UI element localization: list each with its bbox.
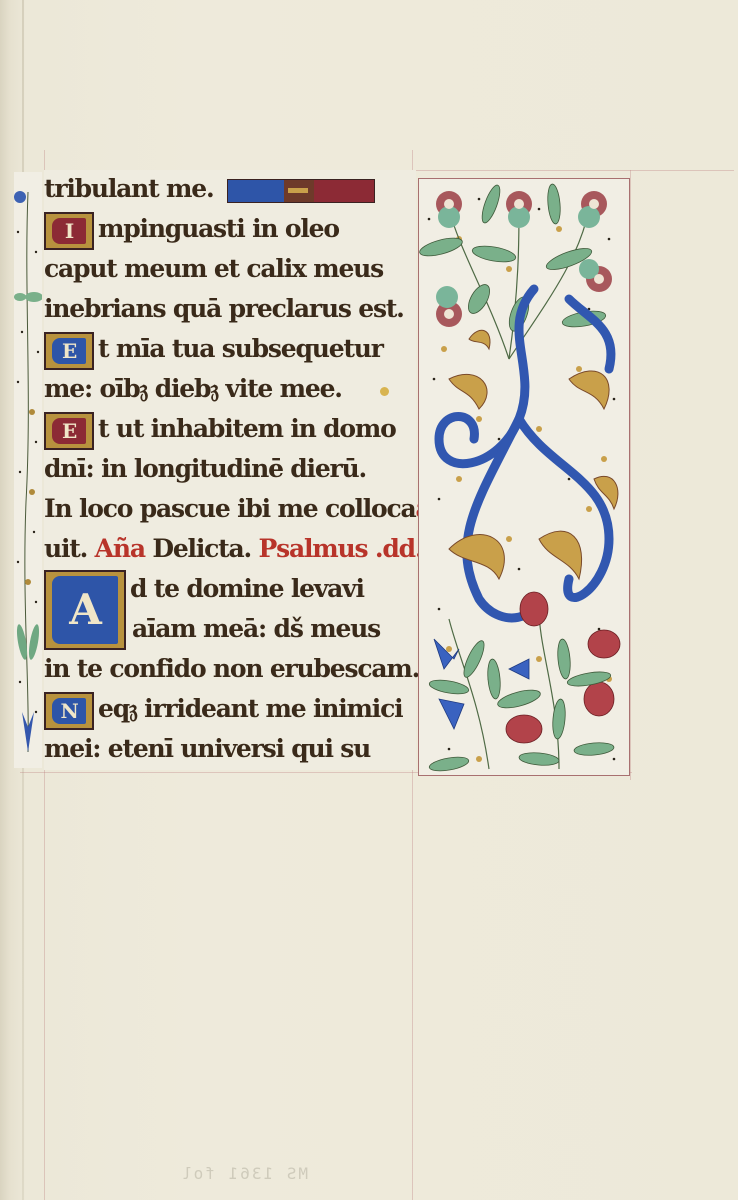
- text-line-15: mei: etenī universi qui su: [44, 730, 370, 768]
- show-through-text: MS 1361 fol: [180, 1164, 308, 1183]
- floral-acanthus-border-icon: [419, 179, 630, 776]
- text-line-7: E t ut inhabitem in domo: [44, 410, 396, 448]
- ruling-line-border-edge: [630, 170, 631, 780]
- illuminated-initial-E: E: [44, 332, 94, 370]
- text-line-14: N eq𝔷 irrideant me inimici: [44, 690, 402, 728]
- manuscript-page: tribulant me. I mpinguasti in oleo caput…: [0, 0, 738, 1200]
- text-line-6: me: oīb𝔷 dieb𝔷 vite mee.: [44, 370, 342, 408]
- left-marginal-border: [14, 172, 42, 768]
- text-line-10: uit. Aña Delicta. Psalmus .dd.: [44, 530, 422, 568]
- left-border-foliage-icon: [14, 172, 42, 768]
- rubric-antiphon: Aña: [95, 534, 145, 563]
- gold-punctuation-dot: [380, 387, 389, 396]
- text-line-8: dnī: in longitudinē dierū.: [44, 450, 366, 488]
- text-line-9: In loco pascue ibi me collocaa.: [44, 490, 438, 528]
- illuminated-initial-E-2: E: [44, 412, 94, 450]
- text-line-4: inebrians quā preclarus est.: [44, 290, 404, 328]
- text-line-2: I mpinguasti in oleo: [44, 210, 339, 248]
- illuminated-initial-I: I: [44, 212, 94, 250]
- text-block: tribulant me. I mpinguasti in oleo caput…: [44, 170, 416, 770]
- right-illuminated-border: [418, 178, 630, 776]
- line-filler-ornament: [227, 179, 375, 203]
- text-line-5: E t mīa tua subsequetur: [44, 330, 383, 368]
- text-line-13: in te confido non erubescam.: [44, 650, 419, 688]
- rubric-psalm-heading: Psalmus .dd.: [259, 534, 423, 563]
- text-line-12: aīam meā: dš meus: [132, 610, 380, 648]
- illuminated-initial-N: N: [44, 692, 94, 730]
- illuminated-initial-A: A: [44, 570, 126, 650]
- text-line-1: tribulant me.: [44, 170, 375, 208]
- text-line-3: caput meum et calix meus: [44, 250, 383, 288]
